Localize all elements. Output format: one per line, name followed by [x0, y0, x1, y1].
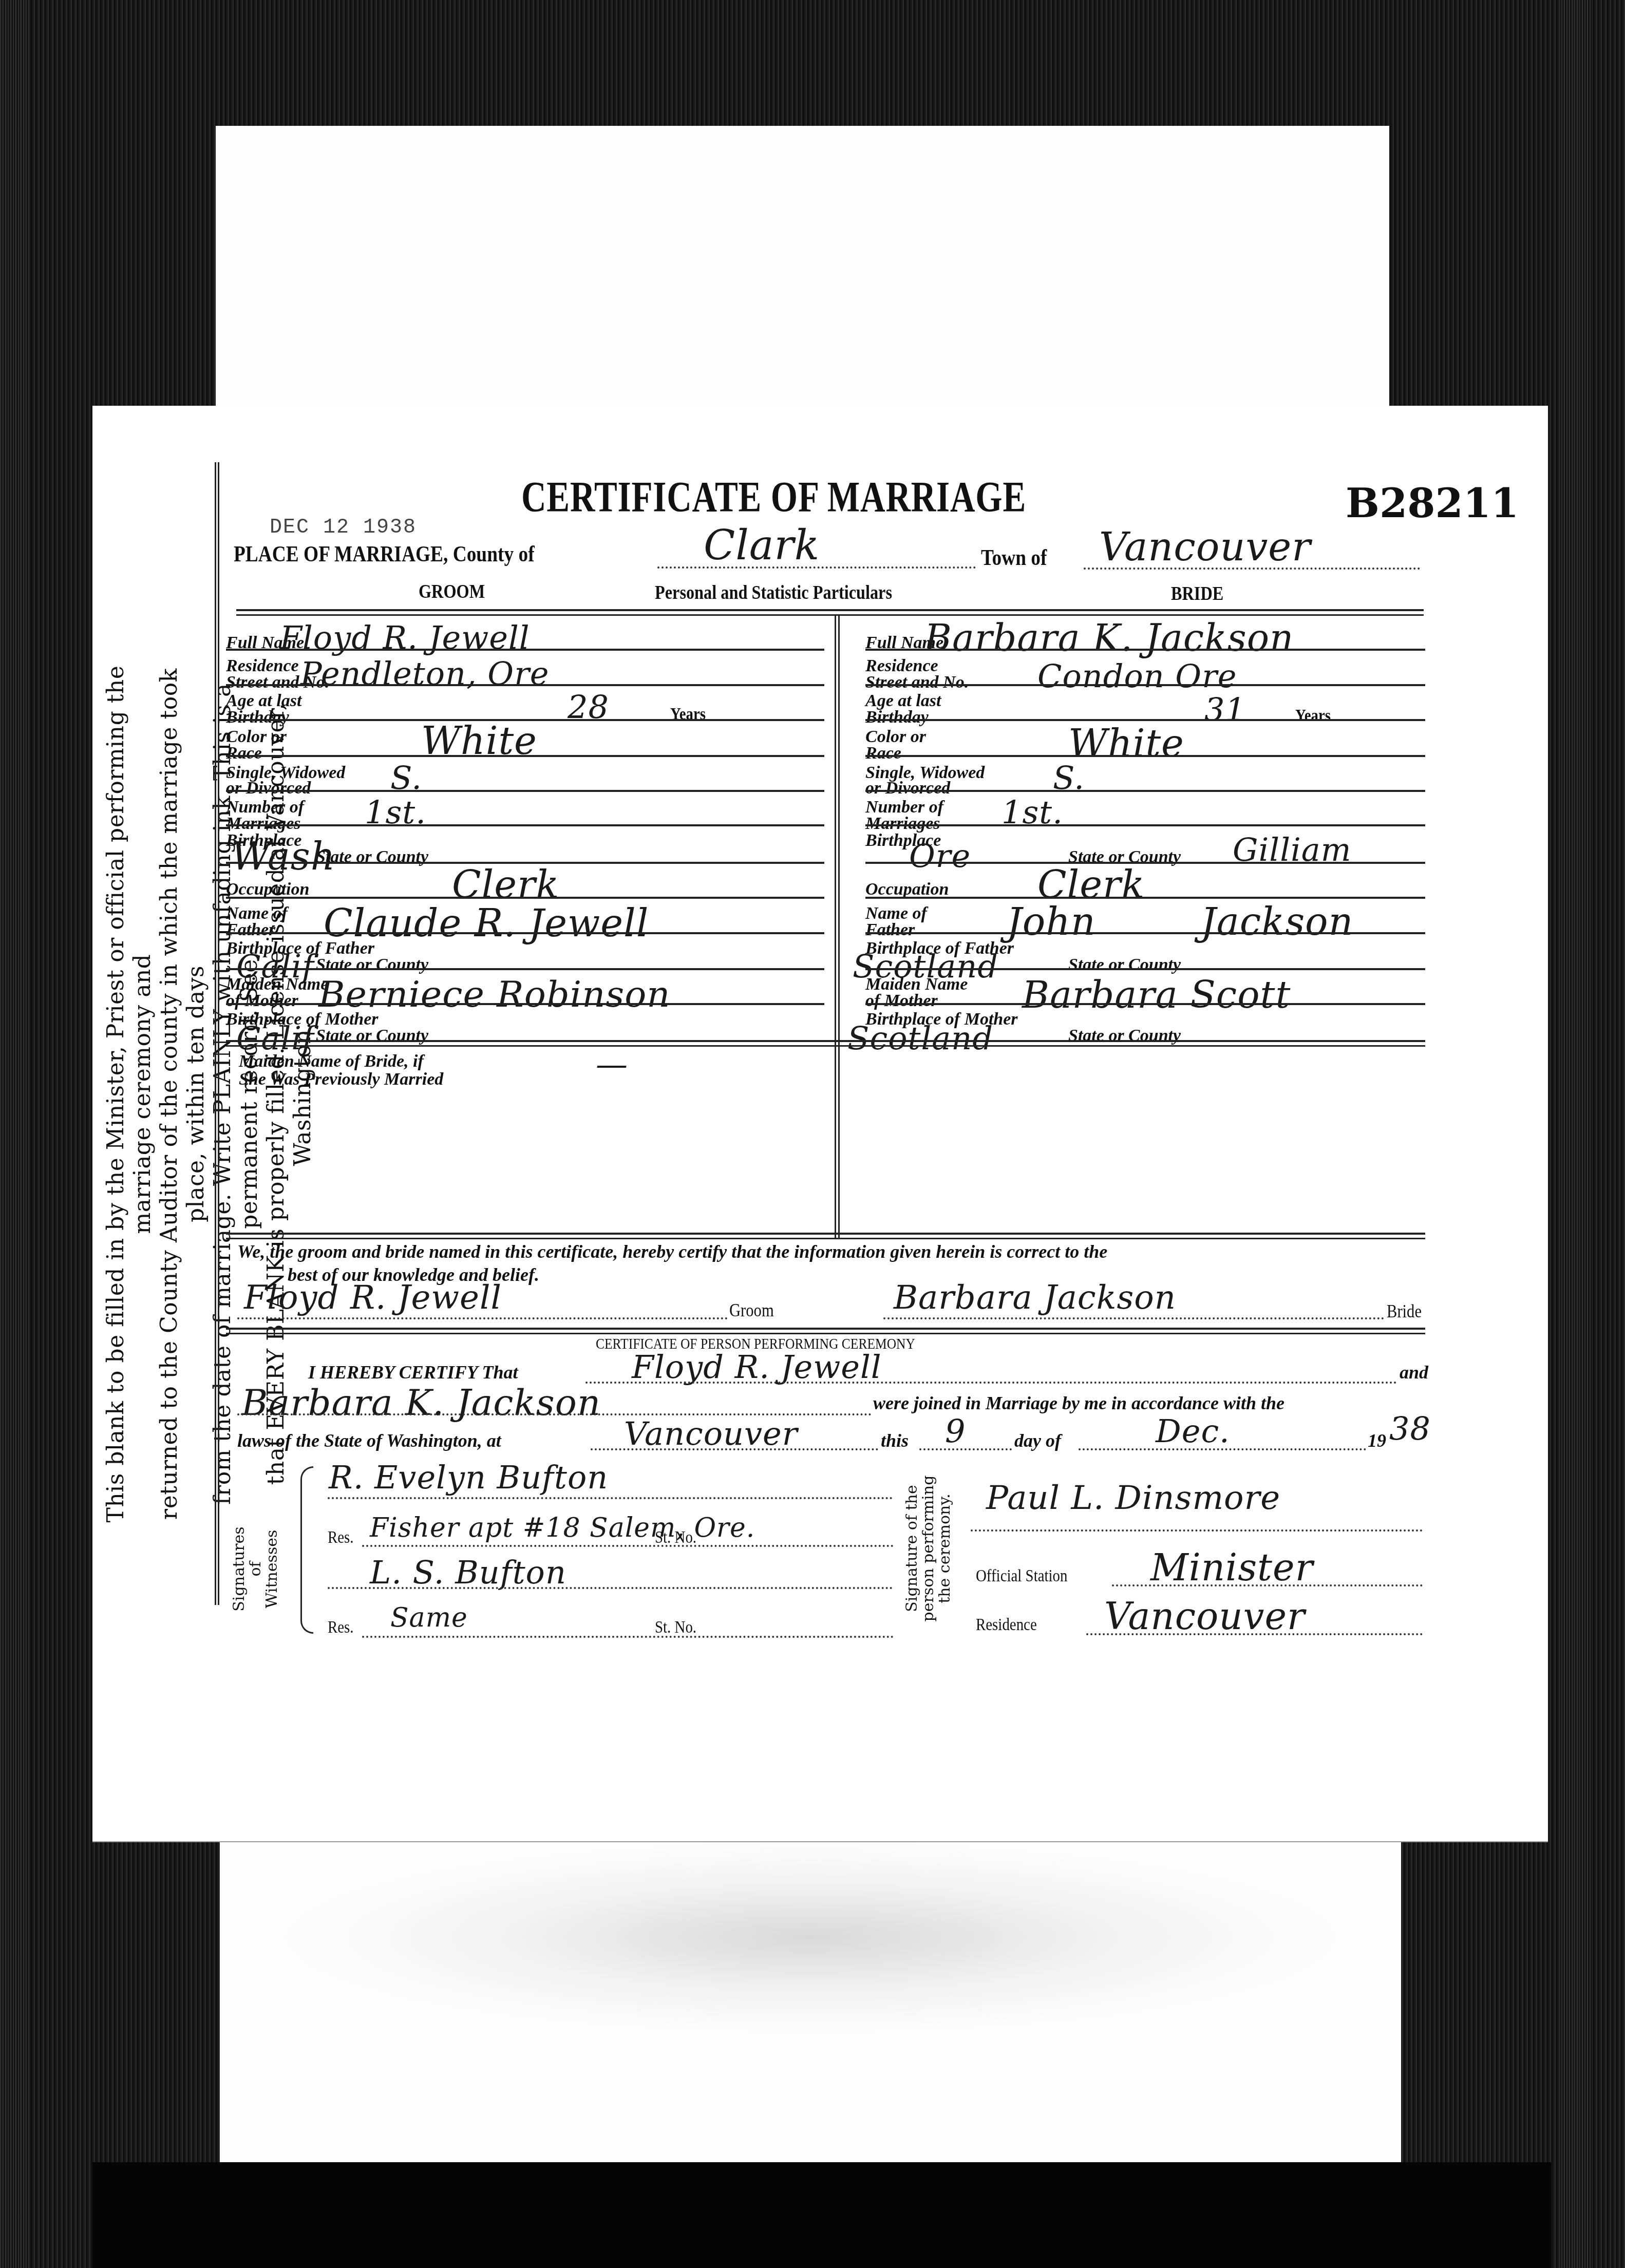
ceremony-double-rule: [226, 1328, 1425, 1334]
bride-residence-label: Residence: [865, 657, 938, 675]
officiant-residence: Vancouver: [1104, 1595, 1305, 1638]
groom-marriages-label-2: Marriages: [226, 815, 300, 833]
underlying-page-top: [216, 126, 1389, 406]
row-rule: [865, 932, 1425, 934]
row-rule: [226, 684, 824, 686]
sidebar-divider: [215, 462, 219, 1605]
bride-header: BRIDE: [1171, 582, 1223, 605]
groom-age-label: Age at last: [226, 692, 301, 710]
witnesses-bracket: [300, 1466, 313, 1634]
ceremony-month-line: [1079, 1448, 1366, 1450]
joined-text: were joined in Marriage by me in accorda…: [873, 1394, 1284, 1412]
groom-mother-maiden-name: Berniece Robinson: [318, 973, 670, 1015]
groom-occupation: Clerk: [452, 863, 559, 907]
bride-father-label: Name of: [865, 905, 927, 922]
instructions-sidebar: This blank to be filled in by the Minist…: [103, 632, 226, 1556]
groom-race-label: Color or: [226, 728, 287, 746]
town-label: Town of: [981, 544, 1047, 571]
bride-previous-maiden-name: —: [596, 1045, 628, 1083]
groom-signature: Floyd R. Jewell: [244, 1279, 502, 1317]
ceremony-location-line: [591, 1448, 878, 1450]
witness-1-residence: Fisher apt #18 Salem, Ore.: [370, 1513, 755, 1543]
officiant-label-line: the ceremony.: [937, 1466, 953, 1631]
row-rule: [226, 649, 824, 651]
bride-race: White: [1068, 722, 1184, 766]
bride-years-label: Years: [1295, 706, 1331, 726]
groom-years-label: Years: [670, 705, 706, 724]
bride-mother-birthplace: Scotland: [847, 1019, 993, 1057]
officiant-residence-label: Residence: [976, 1615, 1037, 1635]
column-divider: [835, 614, 840, 1238]
groom-residence: Pendleton, Ore: [300, 655, 550, 692]
groom-residence-label: Residence: [226, 657, 299, 675]
officiant-signature-line: [971, 1529, 1423, 1532]
row-rule: [226, 1003, 824, 1005]
header-double-rule: [236, 609, 1424, 616]
row-rule: [865, 684, 1425, 686]
official-station: Minister: [1150, 1546, 1313, 1589]
bride-status-label-2: or Divorced: [865, 780, 950, 797]
row-rule: [226, 755, 824, 757]
year-prefix: 19: [1368, 1432, 1386, 1449]
officiant-label-line: Signature of the: [904, 1466, 920, 1631]
groom-signature-line: [237, 1317, 728, 1319]
groom-header: GROOM: [419, 580, 485, 603]
row-rule: [226, 932, 824, 934]
ceremony-groom-name: Floyd R. Jewell: [632, 1348, 882, 1386]
witness-1-res-line: [362, 1545, 894, 1547]
row-rule: [226, 897, 824, 899]
officiant-side-label: Signature of the person performing the c…: [904, 1466, 960, 1631]
groom-mother-label: Maiden Name: [226, 976, 328, 993]
row-rule: [865, 719, 1425, 721]
groom-mother-label-2: of Mother: [226, 992, 298, 1010]
bride-marriages-label: Number of: [865, 799, 943, 816]
groom-father-birthplace-state-label: State or County: [316, 956, 428, 974]
row-rule: [865, 649, 1425, 651]
place-label: PLACE OF MARRIAGE, County of: [234, 541, 535, 567]
witness-1-st-no-label: St. No.: [655, 1528, 696, 1547]
row-rule: [865, 824, 1425, 826]
ceremony-location: Vancouver: [624, 1415, 798, 1452]
row-rule: [865, 968, 1425, 970]
groom-age-label-2: Birthday: [226, 709, 289, 726]
groom-father-label: Name of: [226, 905, 288, 922]
bride-father-label-2: Father: [865, 921, 915, 939]
day-of-label: day of: [1014, 1432, 1061, 1449]
bride-signature: Barbara Jackson: [894, 1279, 1176, 1317]
officiant-label-line: person performing: [920, 1466, 937, 1631]
certify-label: I HEREBY CERTIFY That: [308, 1364, 518, 1381]
and-label: and: [1400, 1364, 1428, 1381]
bride-race-label-2: Race: [865, 745, 901, 762]
witness-2-res-line: [362, 1636, 894, 1638]
witness-1-signature: R. Evelyn Bufton: [329, 1459, 608, 1496]
ceremony-month: Dec.: [1156, 1412, 1230, 1450]
ceremony-day: 9: [945, 1412, 966, 1450]
groom-marriages-label: Number of: [226, 799, 304, 816]
bride-mother-label: Maiden Name: [865, 976, 968, 993]
row-rule: [865, 897, 1425, 899]
witness-2-line: [328, 1587, 893, 1589]
bride-marriages-label-2: Marriages: [865, 815, 940, 833]
bride-father-birthplace-state-label: State or County: [1068, 956, 1181, 974]
witnesses-label-line: Witnesses: [264, 1500, 280, 1638]
groom-signature-label: Groom: [729, 1299, 774, 1321]
bride-age-label: Age at last: [865, 692, 941, 710]
laws-text: laws of the State of Washington, at: [237, 1432, 501, 1449]
officiant-residence-line: [1086, 1633, 1423, 1635]
groom-father-label-2: Father: [226, 921, 275, 939]
binder-edge-left: [0, 0, 31, 2268]
bride-birthplace: Ore: [909, 837, 971, 875]
witness-2-st-no-label: St. No.: [655, 1618, 696, 1637]
groom-occupation-label: Occupation: [226, 881, 309, 898]
affidavit-double-rule: [226, 1233, 1425, 1239]
particulars-header: Personal and Statistic Particulars: [655, 581, 892, 604]
town-value: Vancouver: [1099, 524, 1311, 570]
bride-residence: Condon Ore: [1037, 657, 1237, 695]
row-rule: [865, 1003, 1425, 1005]
groom-full-name: Floyd R. Jewell: [280, 619, 530, 656]
ceremony-bride-name: Barbara K. Jackson: [241, 1382, 601, 1424]
bride-signature-line: [883, 1317, 1384, 1319]
witness-2-res-label: Res.: [328, 1618, 354, 1637]
bride-full-name: Barbara K. Jackson: [924, 616, 1294, 659]
binder-bottom-cover: [92, 2162, 1551, 2268]
affidavit-text: We, the groom and bride named in this ce…: [237, 1243, 1107, 1260]
underlying-page-bottom: [220, 1841, 1401, 2162]
page-title: CERTIFICATE OF MARRIAGE: [521, 472, 1026, 522]
witness-1-line: [328, 1497, 893, 1499]
instruction-line: returned to the County Auditor of the co…: [156, 632, 210, 1556]
bride-previous-maiden-label-2: She Was Previously Married: [239, 1071, 443, 1088]
row-rule: [865, 862, 1425, 864]
row-rule: [226, 824, 824, 826]
ceremony-day-line: [919, 1448, 1012, 1450]
ceremony-year: 38: [1389, 1410, 1431, 1447]
section-double-rule: [226, 1040, 1425, 1047]
this-label: this: [881, 1432, 909, 1449]
officiant-signature: Paul L. Dinsmore: [986, 1479, 1280, 1517]
bride-residence-label-2: Street and No.: [865, 674, 969, 691]
bride-mother-label-2: of Mother: [865, 992, 938, 1010]
bride-age-label-2: Birthday: [865, 709, 929, 726]
groom-race-label-2: Race: [226, 745, 262, 762]
witnesses-label-line: of: [248, 1500, 264, 1638]
groom-status-label-2: or Divorced: [226, 780, 311, 797]
bride-mother-maiden-name: Barbara Scott: [1022, 973, 1291, 1016]
instruction-line: This blank to be filled in by the Minist…: [103, 632, 156, 1556]
official-station-line: [1112, 1584, 1423, 1586]
witness-1-res-label: Res.: [328, 1528, 354, 1547]
certificate-number: B28211: [1346, 480, 1519, 527]
binder-edge-right: [1561, 0, 1592, 2268]
witness-2-signature: L. S. Bufton: [370, 1554, 566, 1591]
received-date-stamp: DEC 12 1938: [270, 516, 417, 539]
county-value: Clark: [704, 521, 820, 569]
official-station-label: Official Station: [976, 1566, 1067, 1586]
bride-previous-maiden-label: Maiden Name of Bride, if: [239, 1053, 424, 1070]
witness-2-residence: Same: [390, 1602, 468, 1633]
bride-age: 31: [1204, 691, 1246, 728]
bride-occupation-label: Occupation: [865, 881, 949, 898]
row-rule: [226, 790, 824, 792]
bride-signature-label: Bride: [1387, 1300, 1422, 1322]
ceremony-groom-line: [585, 1382, 1397, 1384]
witnesses-label-line: Signatures: [231, 1500, 248, 1638]
bride-father-name: John Jackson: [1007, 900, 1353, 944]
row-rule: [865, 755, 1425, 757]
row-rule: [865, 790, 1425, 792]
bride-race-label: Color or: [865, 728, 926, 746]
witnesses-side-label: Signatures of Witnesses: [231, 1500, 257, 1638]
row-rule: [226, 968, 824, 970]
